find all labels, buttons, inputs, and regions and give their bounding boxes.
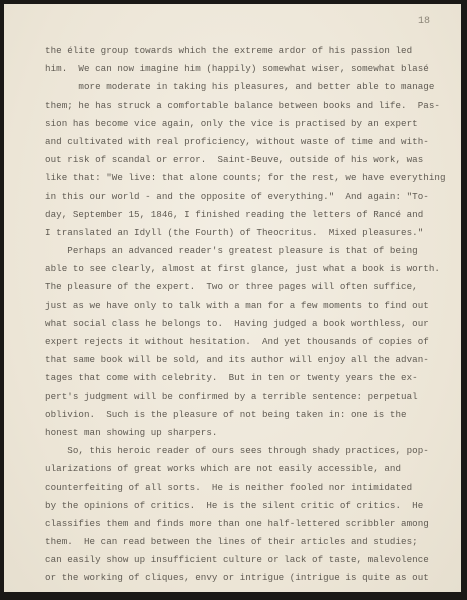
paragraph-start-line: So, this heroic reader of ours sees thro… [45, 442, 445, 460]
text-line: the élite group towards which the extrem… [45, 42, 445, 60]
text-line: and cultivated with real proficiency, wi… [45, 133, 445, 151]
text-line: by the opinions of critics. He is the si… [45, 497, 445, 515]
text-line: like that: "We live: that alone counts; … [45, 169, 445, 187]
text-line: out risk of scandal or error. Saint-Beuv… [45, 151, 445, 169]
text-line: expert rejects it without hesitation. An… [45, 333, 445, 351]
text-line: them. He can read between the lines of t… [45, 533, 445, 551]
text-line: just as we have only to talk with a man … [45, 297, 445, 315]
text-line: pert's judgment will be confirmed by a t… [45, 388, 445, 406]
text-line: counterfeiting of all sorts. He is neith… [45, 479, 445, 497]
page-number: 18 [418, 16, 430, 27]
text-line: able to see clearly, almost at first gla… [45, 260, 445, 278]
text-line: that same book will be sold, and its aut… [45, 351, 445, 369]
text-line: or the working of cliques, envy or intri… [45, 569, 445, 587]
text-line: them; he has struck a comfortable balanc… [45, 97, 445, 115]
text-line: ularizations of great works which are no… [45, 460, 445, 478]
paragraph-start-line: Perhaps an advanced reader's greatest pl… [45, 242, 445, 260]
text-line: sion has become vice again, only the vic… [45, 115, 445, 133]
text-line: him. We can now imagine him (happily) so… [45, 60, 445, 78]
text-line: what social class he belongs to. Having … [45, 315, 445, 333]
typewritten-page: 18 the élite group towards which the ext… [4, 4, 461, 592]
text-line: I translated an Idyll (the Fourth) of Th… [45, 224, 445, 242]
text-line: can easily show up insufficient culture … [45, 551, 445, 569]
text-line: tages that come with celebrity. But in t… [45, 369, 445, 387]
body-text: the élite group towards which the extrem… [45, 42, 445, 588]
text-line: honest man showing up sharpers. [45, 424, 445, 442]
text-line: classifies them and finds more than one … [45, 515, 445, 533]
text-line: in this our world - and the opposite of … [45, 188, 445, 206]
text-line: The pleasure of the expert. Two or three… [45, 278, 445, 296]
text-line: oblivion. Such is the pleasure of not be… [45, 406, 445, 424]
text-line: more moderate in taking his pleasures, a… [45, 78, 445, 96]
text-line: day, September 15, 1846, I finished read… [45, 206, 445, 224]
